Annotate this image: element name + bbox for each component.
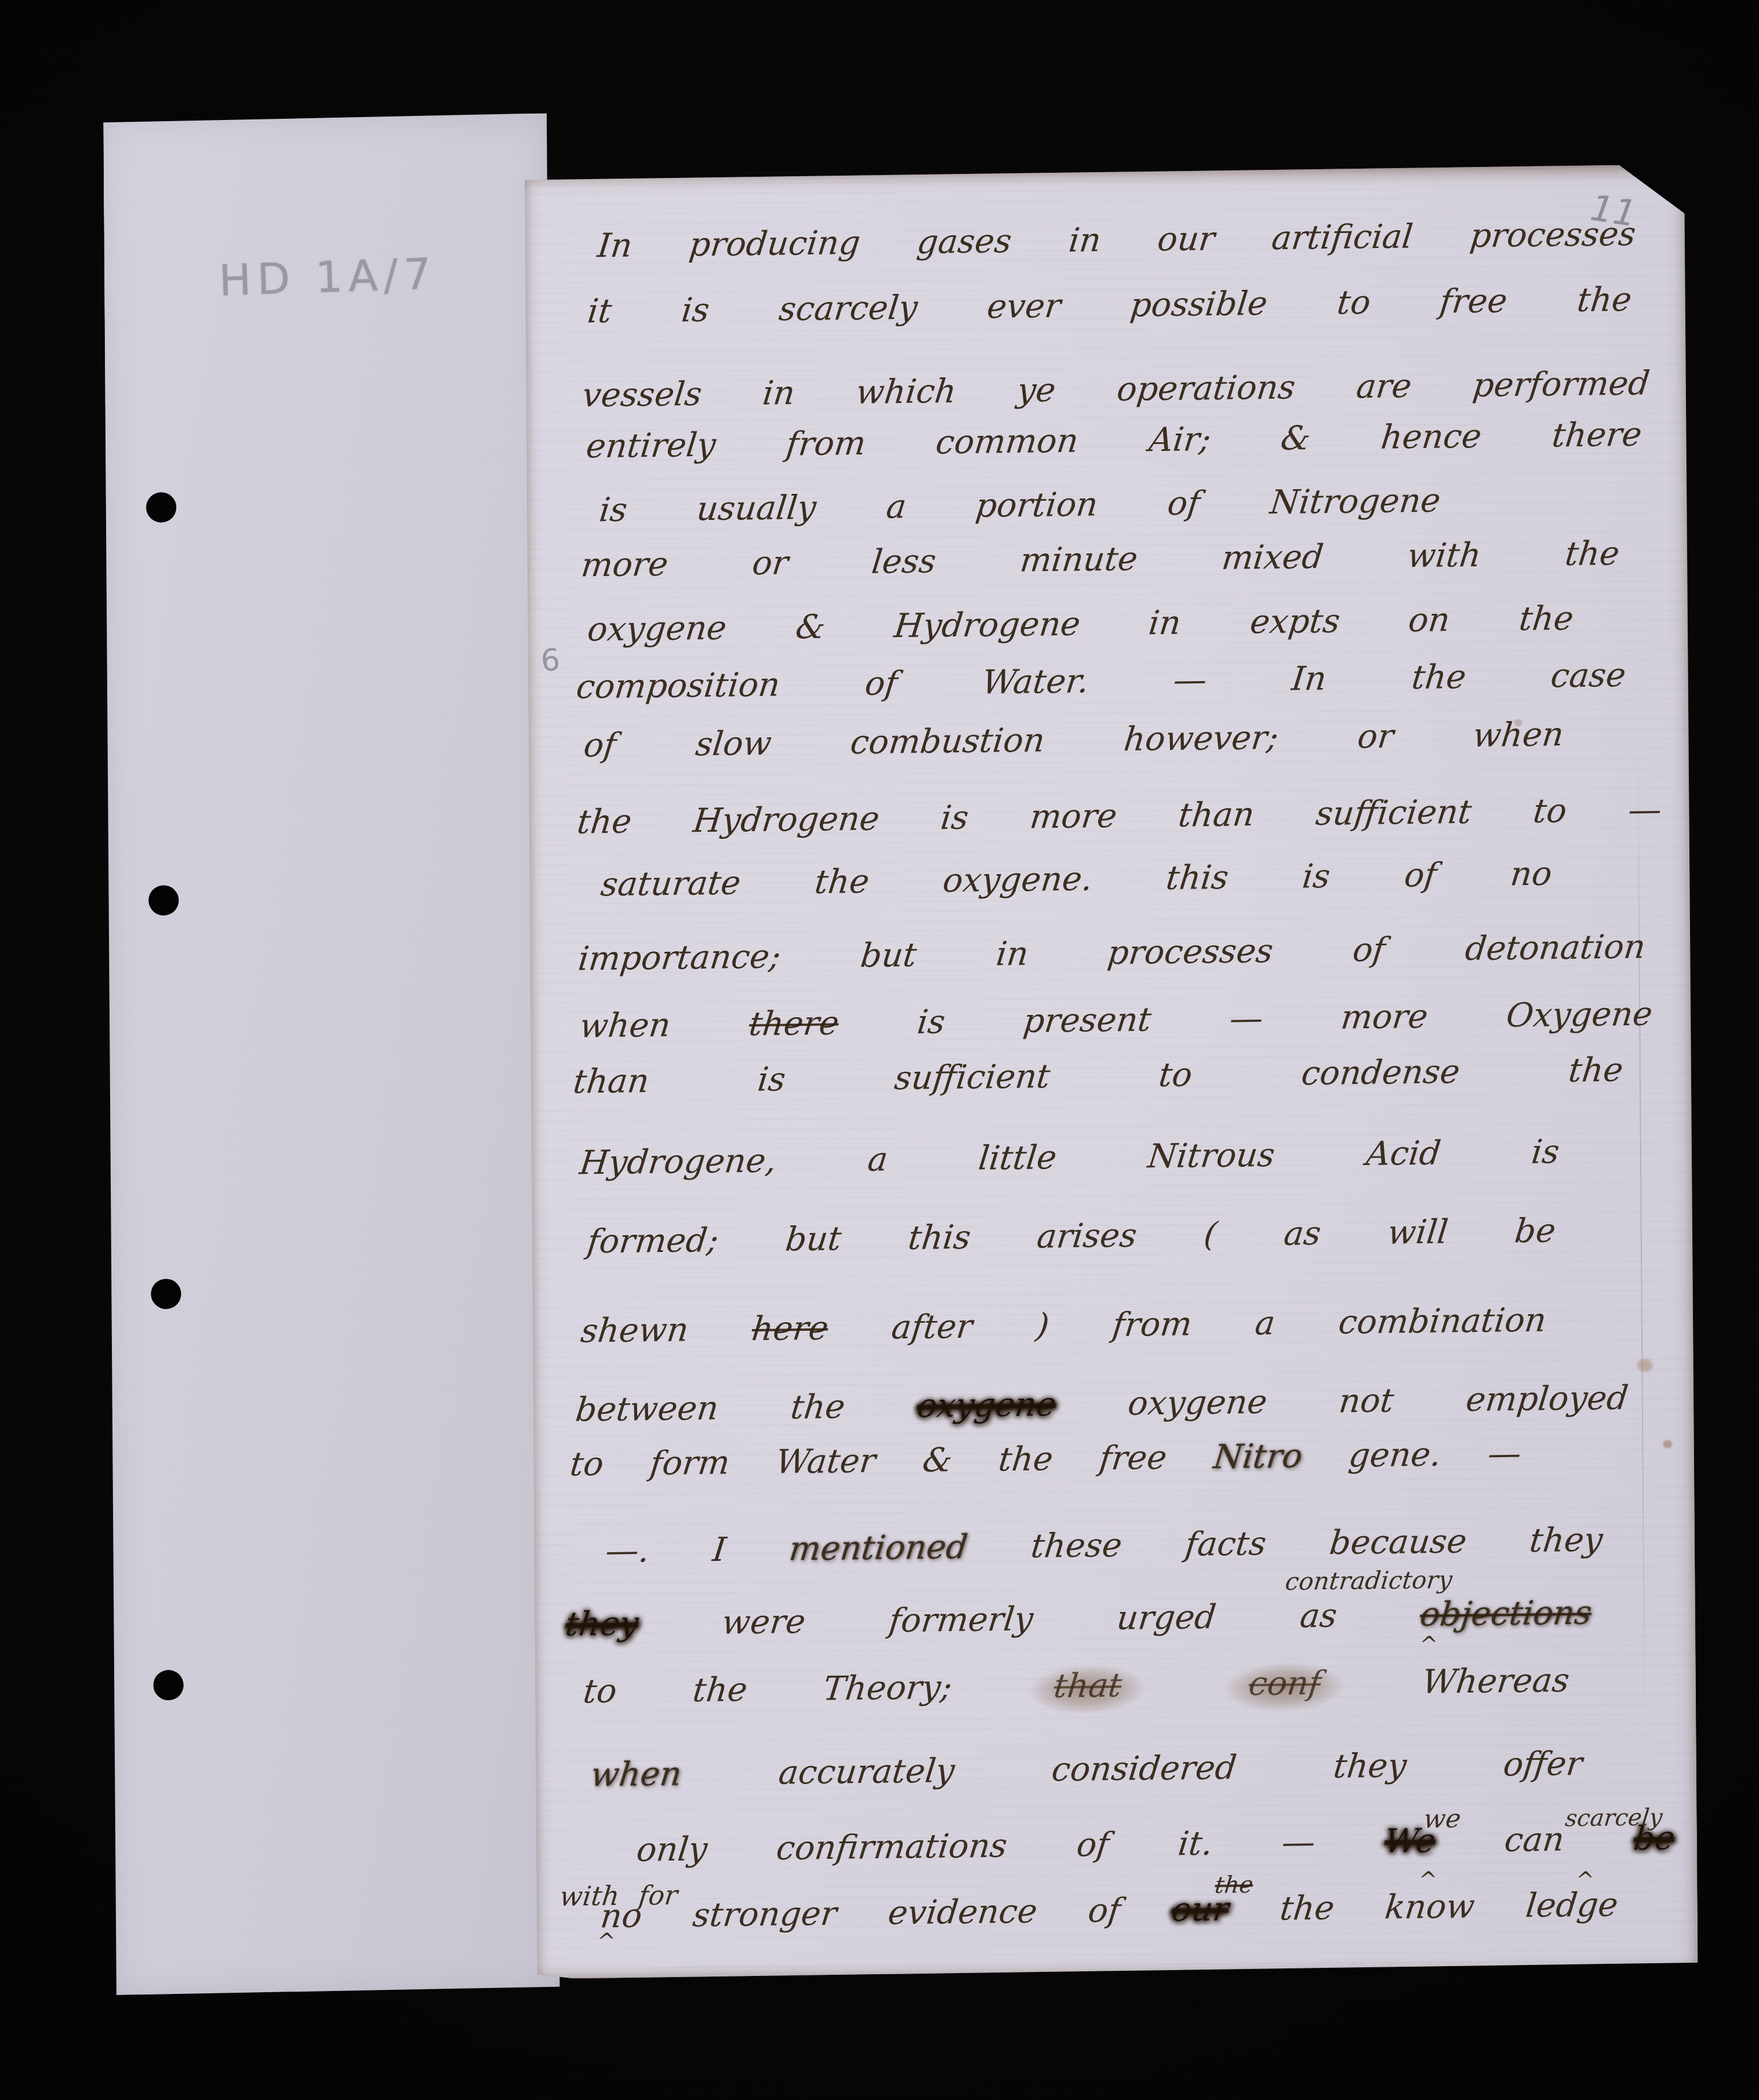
manuscript-word: slow — [693, 725, 773, 764]
manuscript-line: oxygene&Hydrogeneinexptsonthe — [587, 599, 1573, 649]
manuscript-word: scarcely — [1564, 1804, 1663, 1832]
photograph-backdrop: HD 1A/7 11 6 Inproducinggasesinourartifi… — [0, 0, 1759, 2100]
manuscript-word: operations — [1115, 368, 1298, 409]
manuscript-word: they — [564, 1604, 641, 1644]
manuscript-word: Acid — [1364, 1134, 1442, 1173]
manuscript-word: of — [1074, 1825, 1111, 1864]
manuscript-word: as — [1298, 1596, 1339, 1635]
manuscript-line: onlyconfirmationsofit.—Wecanbe — [637, 1819, 1675, 1869]
manuscript-word: processes — [1106, 932, 1275, 972]
manuscript-word: but — [859, 936, 918, 975]
manuscript-word: less — [870, 542, 939, 581]
manuscript-word: free — [1438, 282, 1509, 321]
manuscript-word: than — [571, 1062, 651, 1101]
manuscript-word: ^ — [1417, 1867, 1438, 1892]
manuscript-word: in — [1147, 604, 1183, 643]
manuscript-word: of — [1166, 484, 1202, 523]
manuscript-line: contradictory — [1285, 1566, 1452, 1596]
manuscript-line: ^ — [597, 1928, 615, 1954]
manuscript-word: is — [679, 291, 711, 330]
manuscript-word: of — [1086, 1891, 1122, 1930]
manuscript-word: hence — [1379, 417, 1484, 457]
manuscript-word: producing — [687, 224, 862, 264]
manuscript-word: saturate — [599, 864, 743, 904]
manuscript-word: minute — [1018, 540, 1140, 579]
manuscript-word: In — [595, 226, 634, 265]
manuscript-line: betweentheoxygeneoxygenenotemployed — [576, 1379, 1629, 1429]
manuscript-word: objections — [1418, 1593, 1594, 1633]
manuscript-word: when — [578, 1006, 673, 1046]
manuscript-line: whenaccuratelyconsideredtheyoffer — [591, 1745, 1583, 1794]
manuscript-word: expts — [1248, 602, 1342, 642]
manuscript-word: were — [720, 1603, 808, 1642]
manuscript-word: —. — [604, 1531, 651, 1570]
manuscript-word: with — [1405, 536, 1483, 576]
manuscript-word: a — [1253, 1304, 1277, 1342]
manuscript-word: to — [1531, 792, 1569, 831]
manuscript-word: are — [1354, 367, 1413, 406]
manuscript-word: I — [711, 1531, 728, 1569]
manuscript-word: there — [747, 1004, 841, 1043]
manuscript-word: of — [1351, 931, 1387, 970]
manuscript-word: combustion — [849, 721, 1047, 762]
manuscript-word: from — [784, 424, 868, 464]
manuscript-word: this — [1164, 858, 1230, 897]
manuscript-word: conf — [1220, 1661, 1349, 1713]
manuscript-line: nostrongerevidenceofourtheknowledge — [601, 1886, 1619, 1935]
manuscript-word: vessels — [580, 375, 704, 414]
manuscript-word: gases — [915, 222, 1014, 261]
manuscript-word: Nitrogene — [1268, 482, 1442, 522]
manuscript-line: toformWater&thefreeNitrogene.— — [570, 1435, 1521, 1484]
manuscript-word: to — [1335, 283, 1373, 322]
manuscript-word: they — [1331, 1746, 1408, 1786]
manuscript-word: accurately — [777, 1752, 957, 1792]
manuscript-word: portion — [974, 485, 1100, 525]
manuscript-word: offer — [1502, 1745, 1584, 1784]
manuscript-word: ^ — [595, 1928, 617, 1954]
manuscript-word: urged — [1115, 1598, 1218, 1637]
manuscript-word: condense — [1299, 1053, 1462, 1093]
manuscript-word: of — [863, 664, 899, 703]
punch-hole — [148, 885, 179, 915]
manuscript-word: sufficient — [892, 1057, 1052, 1097]
manuscript-word: oxygene. — [941, 860, 1095, 900]
manuscript-word: to — [1157, 1056, 1195, 1094]
manuscript-word: the — [1517, 599, 1575, 638]
manuscript-word: Water — [774, 1442, 878, 1481]
manuscript-word: of — [1402, 856, 1439, 895]
manuscript-word: from — [1110, 1305, 1194, 1344]
manuscript-word: arises — [1035, 1216, 1139, 1255]
manuscript-word: evidence — [886, 1892, 1039, 1932]
manuscript-word: in — [994, 935, 1030, 974]
manuscript-word: ledge — [1524, 1886, 1620, 1925]
manuscript-word: after — [890, 1308, 975, 1347]
manuscript-word: processes — [1468, 215, 1638, 255]
manuscript-word: entirely — [584, 426, 718, 466]
manuscript-word: which — [854, 372, 958, 412]
manuscript-word: mentioned — [787, 1528, 969, 1568]
manuscript-line: compositionofWater.—Inthecase — [576, 656, 1626, 707]
manuscript-word: & — [794, 608, 827, 647]
guard-sheet: HD 1A/7 — [103, 113, 560, 1995]
manuscript-line: ofslowcombustionhowever;orwhen — [584, 715, 1564, 765]
manuscript-word: confirmations — [775, 1826, 1009, 1868]
manuscript-word: in — [761, 374, 797, 413]
manuscript-word: & — [921, 1441, 954, 1480]
manuscript-line: —.Imentionedthesefactsbecausethey — [605, 1521, 1603, 1571]
manuscript-line: moreorlessminutemixedwiththe — [582, 534, 1620, 584]
manuscript-word: considered — [1049, 1749, 1238, 1789]
manuscript-line: importance;butinprocessesofdetonation — [578, 928, 1645, 978]
manuscript-word: Hydrogene — [892, 605, 1082, 646]
manuscript-word: free — [1097, 1439, 1169, 1477]
punch-hole — [153, 1670, 183, 1700]
manuscript-line: the — [1215, 1872, 1253, 1899]
manuscript-word: ^ — [1418, 1632, 1439, 1657]
manuscript-word: Whereas — [1420, 1661, 1571, 1701]
manuscript-word: — — [1626, 791, 1663, 829]
manuscript-word: they — [1528, 1521, 1605, 1560]
manuscript-word: sufficient — [1314, 793, 1474, 833]
manuscript-word: more — [1339, 998, 1430, 1037]
manuscript-word: performed — [1471, 364, 1652, 405]
manuscript-word: than — [1177, 795, 1257, 835]
manuscript-word: ever — [985, 287, 1063, 326]
manuscript-word: scarcely — [777, 289, 920, 329]
manuscript-line: theHydrogeneismorethansufficientto— — [577, 791, 1662, 841]
manuscript-word: more — [1028, 797, 1120, 836]
manuscript-word: is — [915, 1003, 947, 1042]
manuscript-line: isusuallyaportionofNitrogene — [599, 482, 1441, 529]
manuscript-word: oxygene — [1126, 1383, 1269, 1423]
manuscript-line: scarcely — [1565, 1804, 1663, 1832]
manuscript-word: the — [788, 1388, 847, 1426]
manuscript-word: mixed — [1220, 538, 1325, 577]
manuscript-word: formed; — [585, 1221, 720, 1261]
manuscript-line: we — [1424, 1804, 1461, 1835]
manuscript-word: detonation — [1463, 927, 1647, 968]
manuscript-word: Water. — [980, 662, 1091, 701]
manuscript-word: as — [1282, 1214, 1323, 1253]
manuscript-word: the — [1278, 1889, 1336, 1928]
manuscript-line: Inproducinggasesinourartificialprocesses — [598, 215, 1636, 265]
manuscript-word: combination — [1336, 1301, 1548, 1341]
manuscript-line: ^ — [1418, 1867, 1437, 1892]
manuscript-word: little — [977, 1138, 1059, 1178]
manuscript-page: 11 6 Inproducinggasesinourartificialproc… — [525, 165, 1698, 1979]
manuscript-word: artificial — [1270, 217, 1415, 257]
manuscript-word: common — [934, 422, 1081, 462]
manuscript-line: ^ — [1575, 1867, 1594, 1892]
manuscript-word: the — [1567, 1051, 1625, 1090]
manuscript-word: or — [750, 544, 790, 583]
manuscript-word: be — [1513, 1211, 1558, 1250]
manuscript-word: the — [1409, 658, 1468, 697]
manuscript-word: is — [939, 799, 971, 838]
manuscript-word: stronger — [691, 1894, 839, 1934]
manuscript-word: Nitrous — [1146, 1136, 1277, 1176]
manuscript-word: — — [1486, 1435, 1523, 1473]
manuscript-word: will — [1386, 1213, 1450, 1251]
manuscript-line: withfor — [560, 1879, 678, 1912]
manuscript-word: facts — [1183, 1524, 1269, 1564]
manuscript-word: because — [1328, 1522, 1469, 1562]
manuscript-word: or — [1356, 717, 1396, 756]
manuscript-word: our — [1156, 220, 1218, 259]
manuscript-word: possible — [1128, 285, 1269, 325]
manuscript-word: Hydrogene — [691, 799, 881, 840]
punch-hole — [146, 492, 176, 522]
manuscript-word: can — [1503, 1821, 1567, 1859]
manuscript-text: Inproducinggasesinourartificialprocesses… — [525, 165, 1698, 1979]
manuscript-line: formed;butthisarises(aswillbe — [587, 1211, 1556, 1261]
manuscript-line: ^ — [1419, 1632, 1438, 1657]
manuscript-word: the — [1563, 534, 1622, 573]
manuscript-word: gene. — [1347, 1435, 1443, 1475]
manuscript-word: no — [1509, 854, 1554, 893]
manuscript-word: Hydrogene, — [577, 1141, 778, 1182]
manuscript-word: oxygene — [915, 1385, 1058, 1425]
manuscript-word: but — [783, 1220, 843, 1258]
manuscript-word: this — [906, 1218, 972, 1257]
manuscript-word: more — [579, 545, 670, 585]
manuscript-line: vesselsinwhichyeoperationsareperformed — [582, 364, 1649, 414]
manuscript-word: Nitro — [1212, 1437, 1304, 1476]
manuscript-word: that — [1026, 1664, 1150, 1715]
manuscript-word: ye — [1015, 371, 1057, 410]
manuscript-word: — — [1227, 999, 1264, 1038]
manuscript-word: of — [582, 726, 618, 765]
manuscript-word: a — [884, 487, 908, 526]
manuscript-word: In — [1290, 660, 1329, 698]
manuscript-word: there — [1550, 416, 1644, 455]
manuscript-line: thanissufficienttocondensethe — [573, 1051, 1623, 1101]
manuscript-line: whenthereispresent—moreOxygene — [580, 995, 1653, 1045]
manuscript-word: formerly — [887, 1600, 1035, 1640]
manuscript-line: itisscarcelyeverpossibletofreethe — [587, 281, 1631, 330]
archival-reference-pencil: HD 1A/7 — [218, 249, 437, 306]
manuscript-word: between — [573, 1389, 720, 1429]
manuscript-word: case — [1549, 656, 1628, 696]
manuscript-word: Air; — [1147, 420, 1212, 459]
manuscript-word: the — [691, 1670, 750, 1709]
manuscript-word: Theory; — [822, 1668, 954, 1708]
manuscript-word: — — [1172, 661, 1209, 700]
manuscript-word: on — [1407, 600, 1452, 639]
manuscript-line: saturatetheoxygene.thisisofno — [601, 855, 1552, 904]
manuscript-line: Hydrogene,alittleNitrousAcidis — [580, 1133, 1560, 1182]
manuscript-line: entirelyfromcommonAir;&hencethere — [586, 416, 1642, 466]
manuscript-word: the — [1213, 1872, 1255, 1899]
manuscript-word: employed — [1464, 1379, 1630, 1419]
manuscript-word: shewn — [579, 1311, 690, 1350]
manuscript-word: is — [1530, 1133, 1562, 1171]
manuscript-word: to — [568, 1445, 606, 1484]
manuscript-word: is — [756, 1060, 788, 1099]
manuscript-word: we — [1422, 1804, 1462, 1834]
manuscript-word: the — [1575, 281, 1634, 319]
manuscript-word: the — [575, 802, 634, 841]
manuscript-word: present — [1021, 1000, 1153, 1040]
manuscript-line: shewnhereafter)fromacombination — [581, 1301, 1547, 1350]
manuscript-word: ) — [1034, 1306, 1051, 1345]
manuscript-word: here — [750, 1309, 830, 1348]
manuscript-word: Oxygene — [1504, 995, 1655, 1035]
manuscript-word: form — [648, 1443, 732, 1483]
manuscript-line: totheTheory;thatconfWhereas — [583, 1659, 1569, 1720]
manuscript-word: it — [586, 292, 613, 331]
manuscript-word: these — [1029, 1526, 1124, 1566]
manuscript-word: ( — [1202, 1215, 1219, 1254]
manuscript-word: usually — [695, 489, 819, 528]
manuscript-word: composition — [575, 665, 782, 706]
manuscript-word: the — [997, 1440, 1055, 1479]
manuscript-word: ^ — [1574, 1867, 1596, 1892]
manuscript-word: — — [1280, 1823, 1317, 1862]
manuscript-word: it. — [1176, 1824, 1215, 1863]
manuscript-word: for — [637, 1879, 679, 1911]
manuscript-word: contradictory — [1284, 1566, 1453, 1596]
manuscript-word: when — [589, 1755, 684, 1794]
manuscript-word: is — [598, 491, 630, 530]
manuscript-word: know — [1383, 1887, 1477, 1927]
manuscript-word: the — [813, 862, 871, 901]
manuscript-word: not — [1337, 1381, 1395, 1420]
manuscript-word: only — [635, 1830, 710, 1869]
manuscript-word: is — [1300, 857, 1332, 896]
manuscript-word: importance; — [576, 937, 783, 978]
punch-hole — [151, 1279, 181, 1309]
manuscript-word: to — [582, 1672, 619, 1711]
manuscript-word: & — [1279, 419, 1313, 458]
manuscript-word: a — [866, 1140, 889, 1178]
manuscript-word: when — [1471, 715, 1565, 755]
manuscript-word: with — [558, 1880, 621, 1912]
manuscript-word: however; — [1122, 719, 1281, 759]
manuscript-word: in — [1067, 221, 1103, 260]
manuscript-word: oxygene — [586, 609, 729, 649]
